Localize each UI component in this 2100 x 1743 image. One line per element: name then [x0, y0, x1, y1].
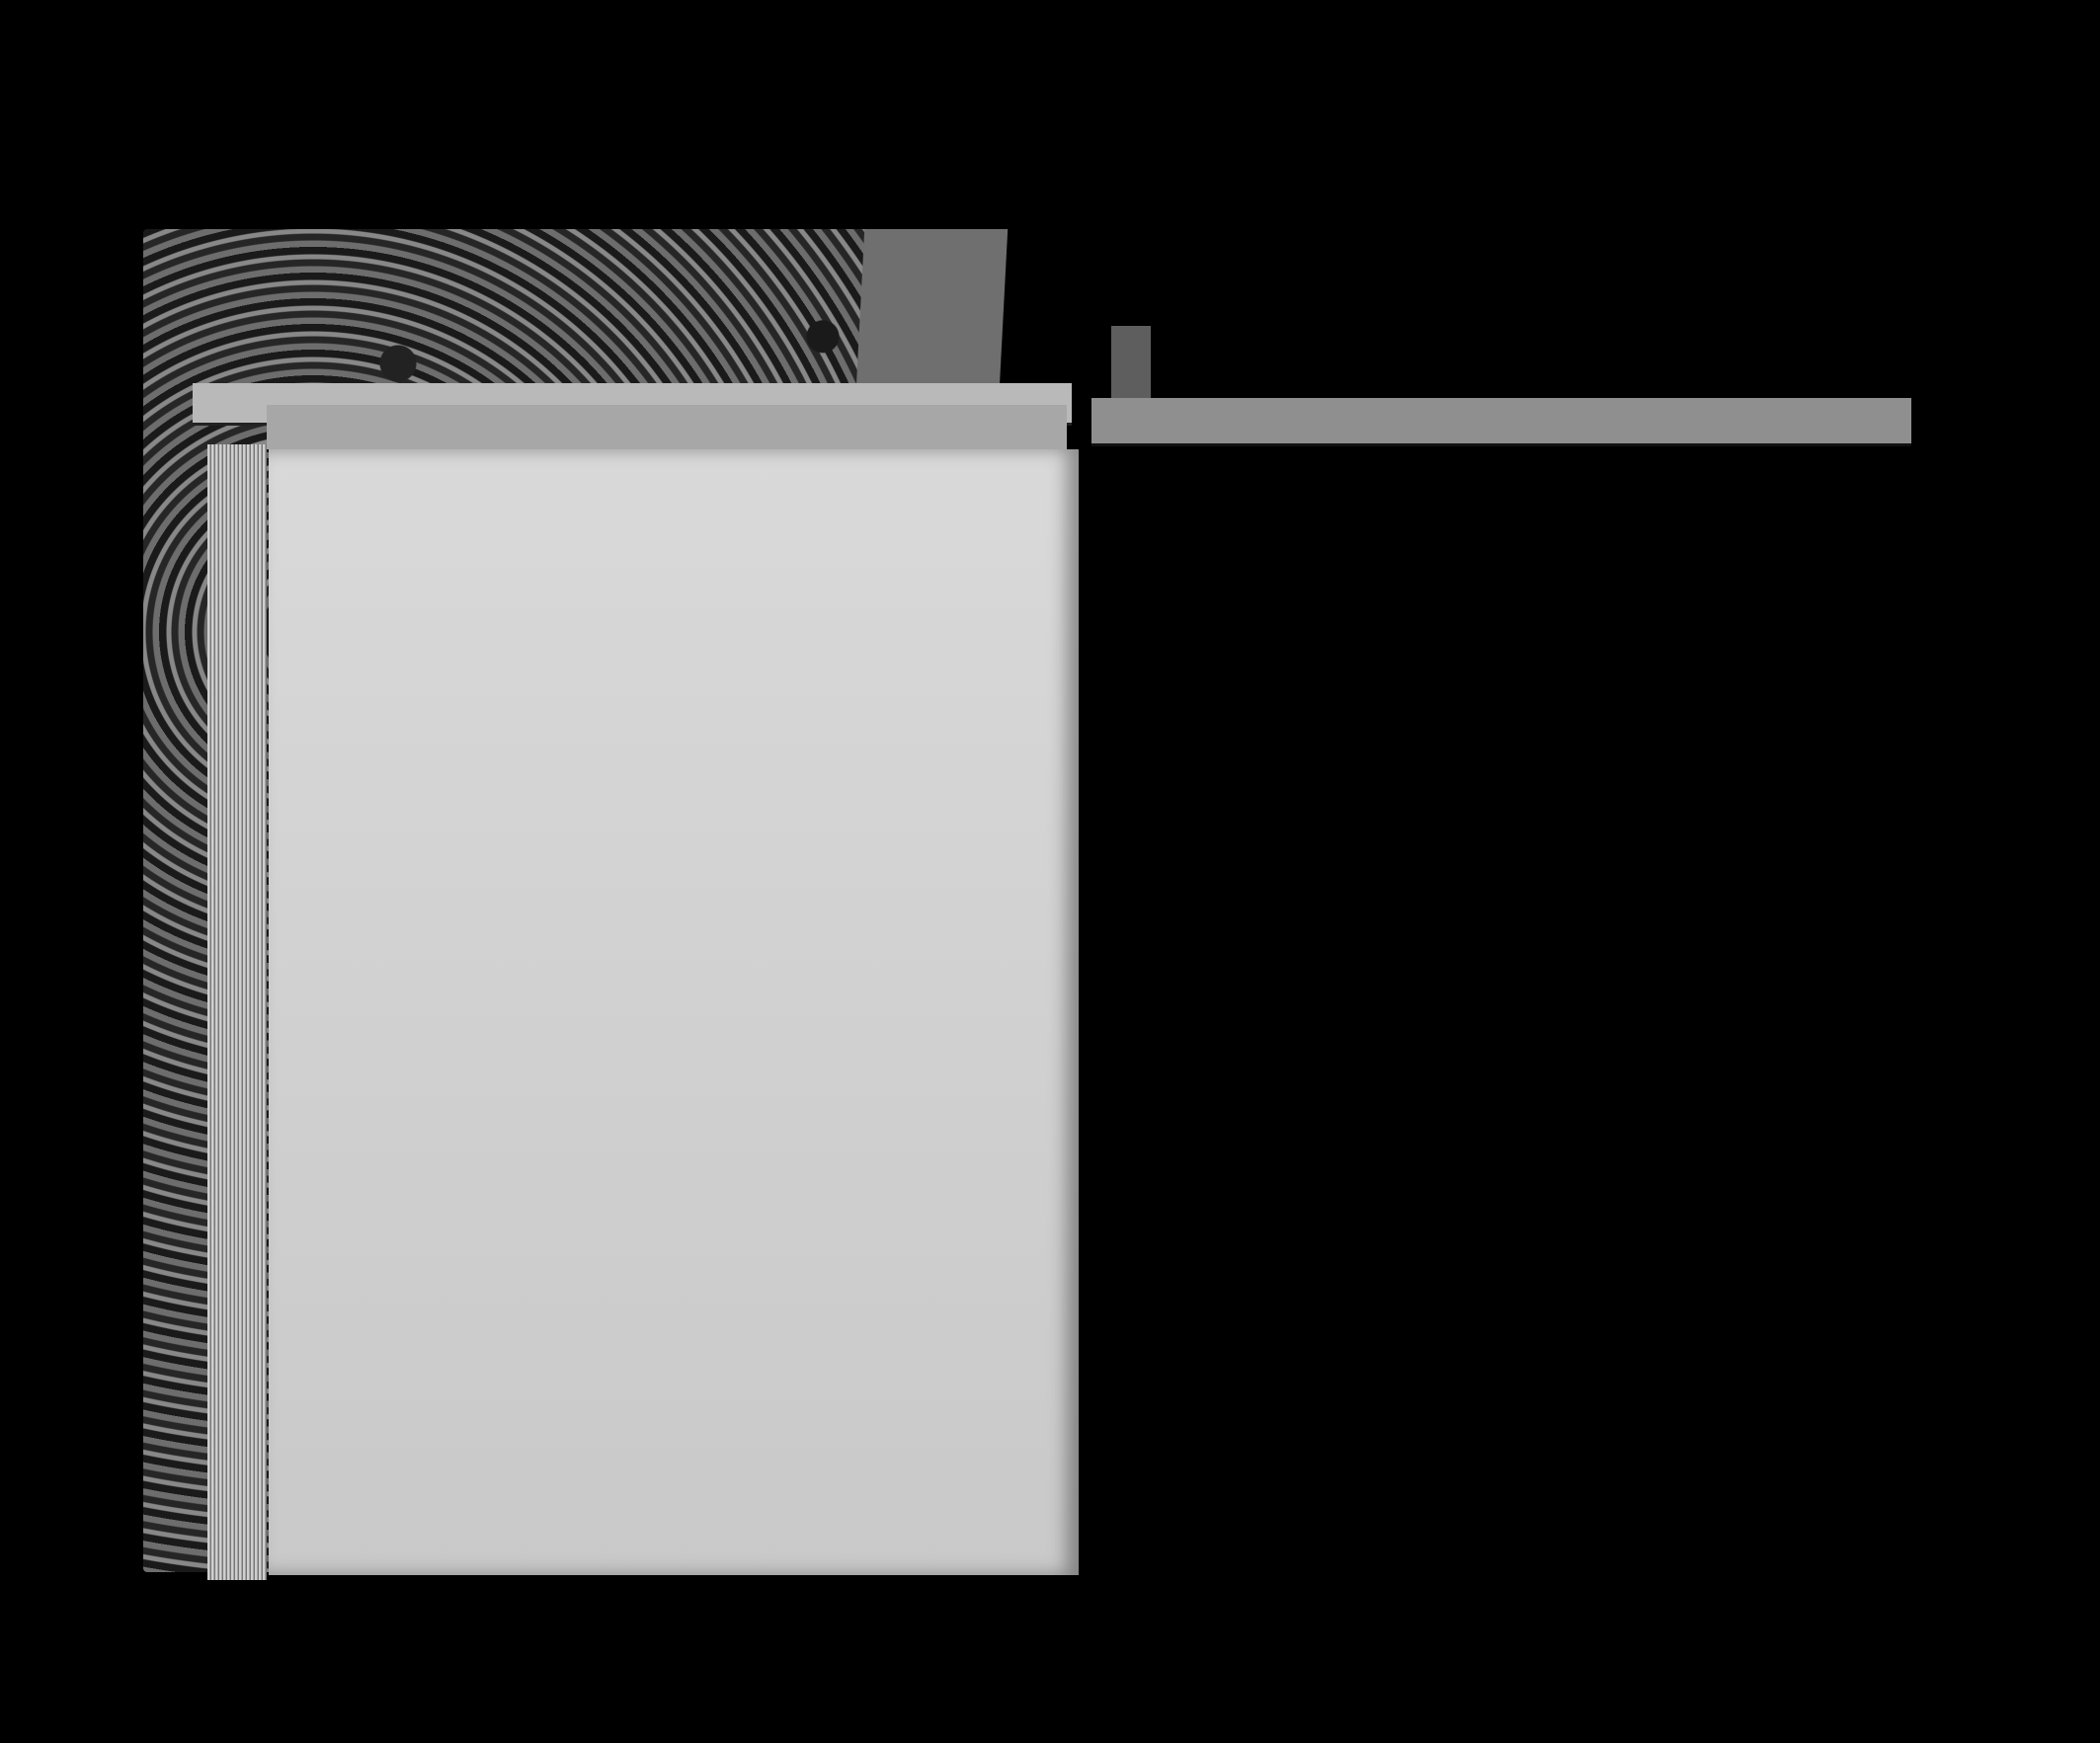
presented-line: [392, 987, 451, 1011]
page-stack-left-inner: [267, 405, 1067, 452]
entry-number: [437, 509, 443, 536]
page-stack-right: [1091, 398, 1911, 446]
birth-time-line: [395, 1081, 425, 1106]
page-edges-left: [207, 444, 267, 1580]
left-page: [269, 449, 1079, 1575]
opening-line-1: [387, 558, 430, 601]
binding-tag: [1111, 326, 1151, 400]
